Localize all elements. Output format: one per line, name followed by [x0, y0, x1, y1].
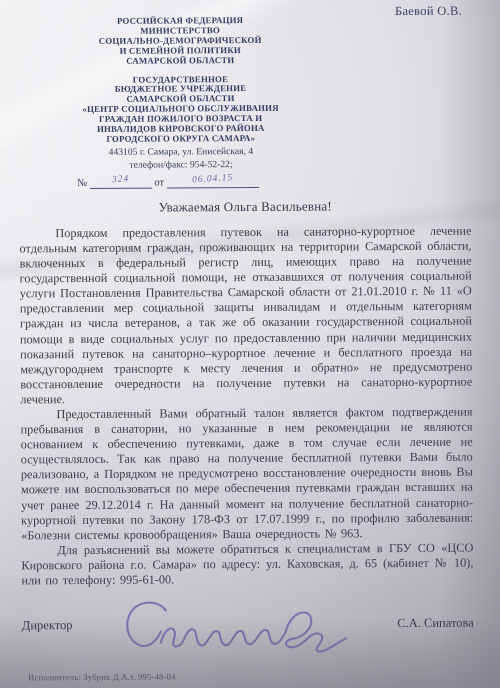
- salutation: Уважаемая Ольга Васильевна!: [19, 197, 471, 216]
- outgoing-number-field: 324: [90, 174, 152, 188]
- letterhead-address: 443105 г. Самара, ул. Енисейская, 4: [55, 145, 307, 158]
- director-signature-icon: [72, 596, 397, 656]
- letterhead-line: ГОРОДСКОГО ОКРУГА САМАРА»: [55, 134, 307, 145]
- paragraph: Порядком предоставления путевок на санат…: [19, 223, 472, 407]
- handwritten-number: 324: [112, 174, 130, 185]
- outgoing-number-line: № 324 от 06.04.15: [77, 173, 307, 188]
- paragraph: Для разъяснений вы можете обратиться к с…: [21, 540, 473, 588]
- paragraph: Предоставленный Вами обратный талон явля…: [20, 405, 473, 544]
- handwritten-date: 06.04.15: [192, 173, 234, 185]
- document-photo: Баевой О.В. РОССИЙСКАЯ ФЕДЕРАЦИЯ МИНИСТЕ…: [0, 0, 500, 688]
- signature-block: Директор С.А. Сипатова: [22, 602, 474, 657]
- outgoing-date-field: 06.04.15: [167, 174, 259, 189]
- signer-name: С.А. Сипатова: [397, 602, 474, 631]
- executor-note: Исполнитель: Зубрик Д.А.т. 995-48-04: [28, 670, 474, 683]
- signer-role: Директор: [22, 604, 73, 633]
- addressee-name: Баевой О.В.: [395, 4, 462, 19]
- letter-body: Порядком предоставления путевок на санат…: [19, 223, 473, 588]
- from-label: от: [154, 177, 164, 188]
- letterhead-phone: телефон/факс: 954-52-22;: [55, 158, 307, 171]
- number-label: №: [77, 178, 87, 189]
- letter-page: Баевой О.В. РОССИЙСКАЯ ФЕДЕРАЦИЯ МИНИСТЕ…: [18, 0, 474, 669]
- letterhead: РОССИЙСКАЯ ФЕДЕРАЦИЯ МИНИСТЕРСТВО СОЦИАЛ…: [54, 16, 307, 189]
